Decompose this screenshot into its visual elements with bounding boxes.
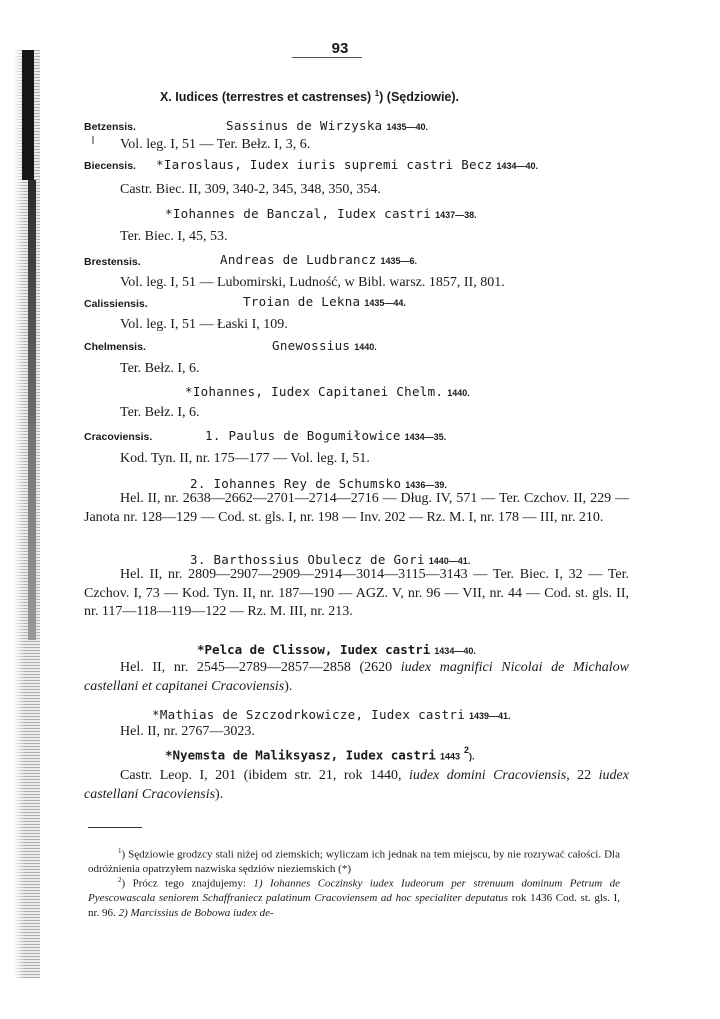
entry-name: *Nyemsta de Maliksyasz, Iudex castri 144… (165, 745, 474, 764)
entry-label: Betzensis. (84, 121, 136, 133)
entry-ref-paragraph: Castr. Leop. I, 201 (ibidem str. 21, rok… (84, 767, 629, 804)
entry-name: *Pelca de Clissow, Iudex castri 1434—40. (197, 641, 476, 659)
entry-name: Andreas de Ludbrancz 1435—6. (220, 251, 417, 269)
book-binding-shadow (0, 0, 40, 1019)
heading-text: X. Iudices (terrestres et castrenses) (160, 90, 371, 104)
entry-ref: Vol. leg. I, 51 — Łaski I, 109. (120, 317, 288, 333)
entry-ref: Hel. II, nr. 2767—3023. (120, 724, 255, 740)
footnote-1: 1) Sędziowie grodzcy stali niżej od ziem… (88, 844, 620, 877)
entry-name: *Iohannes, Iudex Capitanei Chelm. 1440. (185, 383, 470, 401)
entry-ref: Vol. leg. I, 51 — Lubomirski, Ludność, w… (120, 275, 505, 291)
entry-ref-paragraph: Hel. II, nr. 2809—2907—2909—2914—3014—31… (84, 566, 629, 622)
entry-name: Sassinus de Wirzyska 1435—40. (226, 117, 428, 135)
entry-name: Troian de Lekna 1435—44. (243, 293, 406, 311)
entry-ref: Kod. Tyn. II, nr. 175—177 — Vol. leg. I,… (120, 451, 370, 467)
entry-label: Cracoviensis. (84, 431, 152, 443)
entry-ref: Ter. Bełz. I, 6. (120, 405, 200, 421)
heading-suffix: ) (Sędziowie). (379, 90, 459, 104)
entry-ref: Castr. Biec. II, 309, 340-2, 345, 348, 3… (120, 182, 381, 198)
entry-label: Brestensis. (84, 256, 141, 268)
entry-name: 1. Paulus de Bogumiłowice 1434—35. (205, 427, 446, 445)
entry-label: Calissiensis. (84, 298, 148, 310)
stray-mark (92, 136, 94, 144)
entry-ref-paragraph: Hel. II, nr. 2638—2662—2701—2714—2716 — … (84, 490, 629, 527)
entry-ref-paragraph: Hel. II, nr. 2545—2789—2857—2858 (2620 i… (84, 659, 629, 696)
entry-ref: Vol. leg. I, 51 — Ter. Bełz. I, 3, 6. (120, 137, 310, 153)
entry-name: *Iohannes de Banczal, Iudex castri 1437—… (165, 205, 477, 223)
entry-name: *Iaroslaus, Iudex iuris supremi castri B… (156, 156, 538, 174)
footnote-2: 2) Prócz tego znajdujemy: 1) Iohannes Co… (88, 873, 620, 920)
entry-ref: Ter. Bełz. I, 6. (120, 361, 200, 377)
footnote-rule (88, 827, 142, 828)
entry-name: *Mathias de Szczodrkowicze, Iudex castri… (152, 706, 511, 724)
section-heading: X. Iudices (terrestres et castrenses) 1)… (160, 89, 459, 104)
entry-ref: Ter. Biec. I, 45, 53. (120, 229, 228, 245)
page-number: 93 (300, 40, 380, 57)
page-number-rule (292, 57, 362, 58)
entry-label: Chelmensis. (84, 341, 146, 353)
entry-label: Biecensis. (84, 160, 136, 172)
entry-name: Gnewossius 1440. (272, 337, 377, 355)
